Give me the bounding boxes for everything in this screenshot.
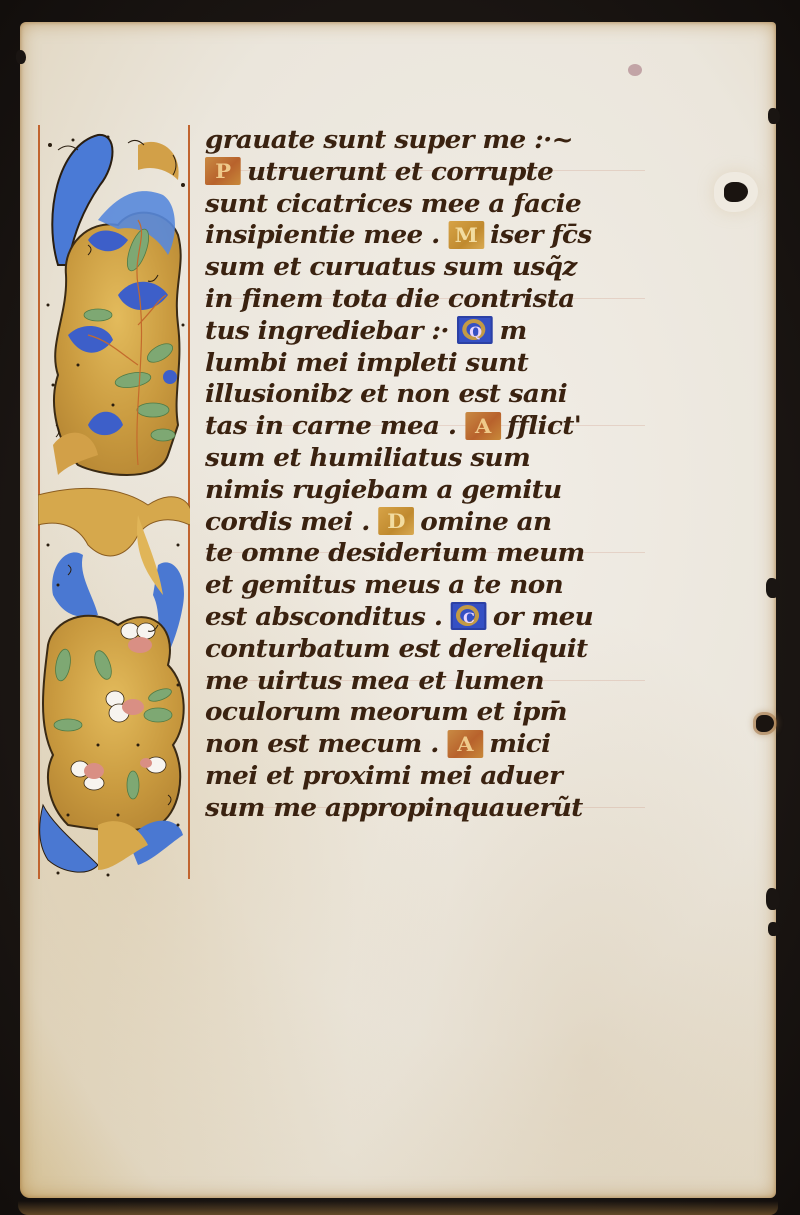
initial-glyph: Q [469,325,481,341]
line-text: or meu [493,602,593,631]
line-text: sunt cicatrices mee a facie [205,189,581,218]
edge-notch-right-2 [766,578,780,598]
text-line-5: sum et curuatus sum usq̃z [205,251,678,283]
line-text: utruerunt et corrupte [247,157,553,186]
initial-letter-a-2: A [447,730,483,758]
text-line-19: oculorum meorum et ipm̄ [205,696,678,728]
line-text: sum et humiliatus sum [205,443,530,472]
illuminated-border [38,125,190,879]
initial-letter-m: M [448,221,484,249]
line-text: te omne desiderium meum [205,538,585,567]
text-line-2: Putruerunt et corrupte [205,156,678,188]
line-pre-text: est absconditus . [205,602,442,631]
line-text: sum et curuatus sum usq̃z [205,252,577,281]
line-pre-text: non est mecum . [205,729,439,758]
edge-notch-right-3 [766,888,780,910]
line-text: me uirtus mea et lumen [205,666,544,695]
text-line-7: tus ingrediebar :· Qm [205,315,678,347]
line-text: fflict' [507,411,581,440]
text-line-18: me uirtus mea et lumen [205,665,678,697]
line-pre-text: tas in carne mea . [205,411,456,440]
initial-letter-a: A [465,412,501,440]
initial-glyph: C [463,611,474,627]
text-line-1: grauate sunt super me :·~ [205,124,678,156]
text-line-8: lumbi mei impleti sunt [205,347,678,379]
edge-notch-right-4 [768,922,780,936]
text-line-15: et gemitus meus a te non [205,569,678,601]
initial-letter-p: P [205,157,241,185]
text-line-16: est absconditus . Cor meu [205,601,678,633]
edge-notch-top-left [16,50,26,64]
text-line-21: mei et proximi mei aduer [205,760,678,792]
leaf-bottom-edge-stain [18,1201,778,1215]
text-line-9: illusionibz et non est sani [205,378,678,410]
line-text: sum me appropinquauerũt [205,793,583,822]
line-text: conturbatum est dereliquit [205,634,588,663]
text-line-20: non est mecum . Amici [205,728,678,760]
manuscript-text-block: grauate sunt super me :·~ Putruerunt et … [205,124,655,824]
line-pre-text: tus ingrediebar :· [205,316,449,345]
text-line-14: te omne desiderium meum [205,537,678,569]
line-text: mici [489,729,550,758]
initial-letter-q: Q [457,316,493,344]
text-line-11: sum et humiliatus sum [205,442,678,474]
line-text: illusionibz et non est sani [205,379,567,408]
line-text: iser fc̄s [490,220,591,249]
edge-notch-right-1 [768,108,780,124]
text-line-13: cordis mei . Domine an [205,506,678,538]
text-line-22: sum me appropinquauerũt [205,792,678,824]
text-line-12: nimis rugiebam a gemitu [205,474,678,506]
line-text: nimis rugiebam a gemitu [205,475,562,504]
text-line-3: sunt cicatrices mee a facie [205,188,678,220]
text-line-17: conturbatum est dereliquit [205,633,678,665]
line-text: omine an [420,507,551,536]
text-line-6: in finem tota die contrista [205,283,678,315]
line-pre-text: cordis mei . [205,507,370,536]
pink-stain-spot [628,64,642,76]
line-text: et gemitus meus a te non [205,570,563,599]
line-text: m [499,316,526,345]
initial-letter-d: D [378,507,414,535]
text-line-10: tas in carne mea . Afflict' [205,410,678,442]
initial-letter-c: C [451,602,487,630]
line-text: in finem tota die contrista [205,284,575,313]
line-pre-text: insipientie mee . [205,220,440,249]
line-text: oculorum meorum et ipm̄ [205,697,567,726]
line-text: mei et proximi mei aduer [205,761,562,790]
border-ornament-icon [38,125,190,879]
line-text: grauate sunt super me :·~ [205,125,573,154]
line-text: lumbi mei impleti sunt [205,348,528,377]
text-line-4: insipientie mee . Miser fc̄s [205,219,678,251]
